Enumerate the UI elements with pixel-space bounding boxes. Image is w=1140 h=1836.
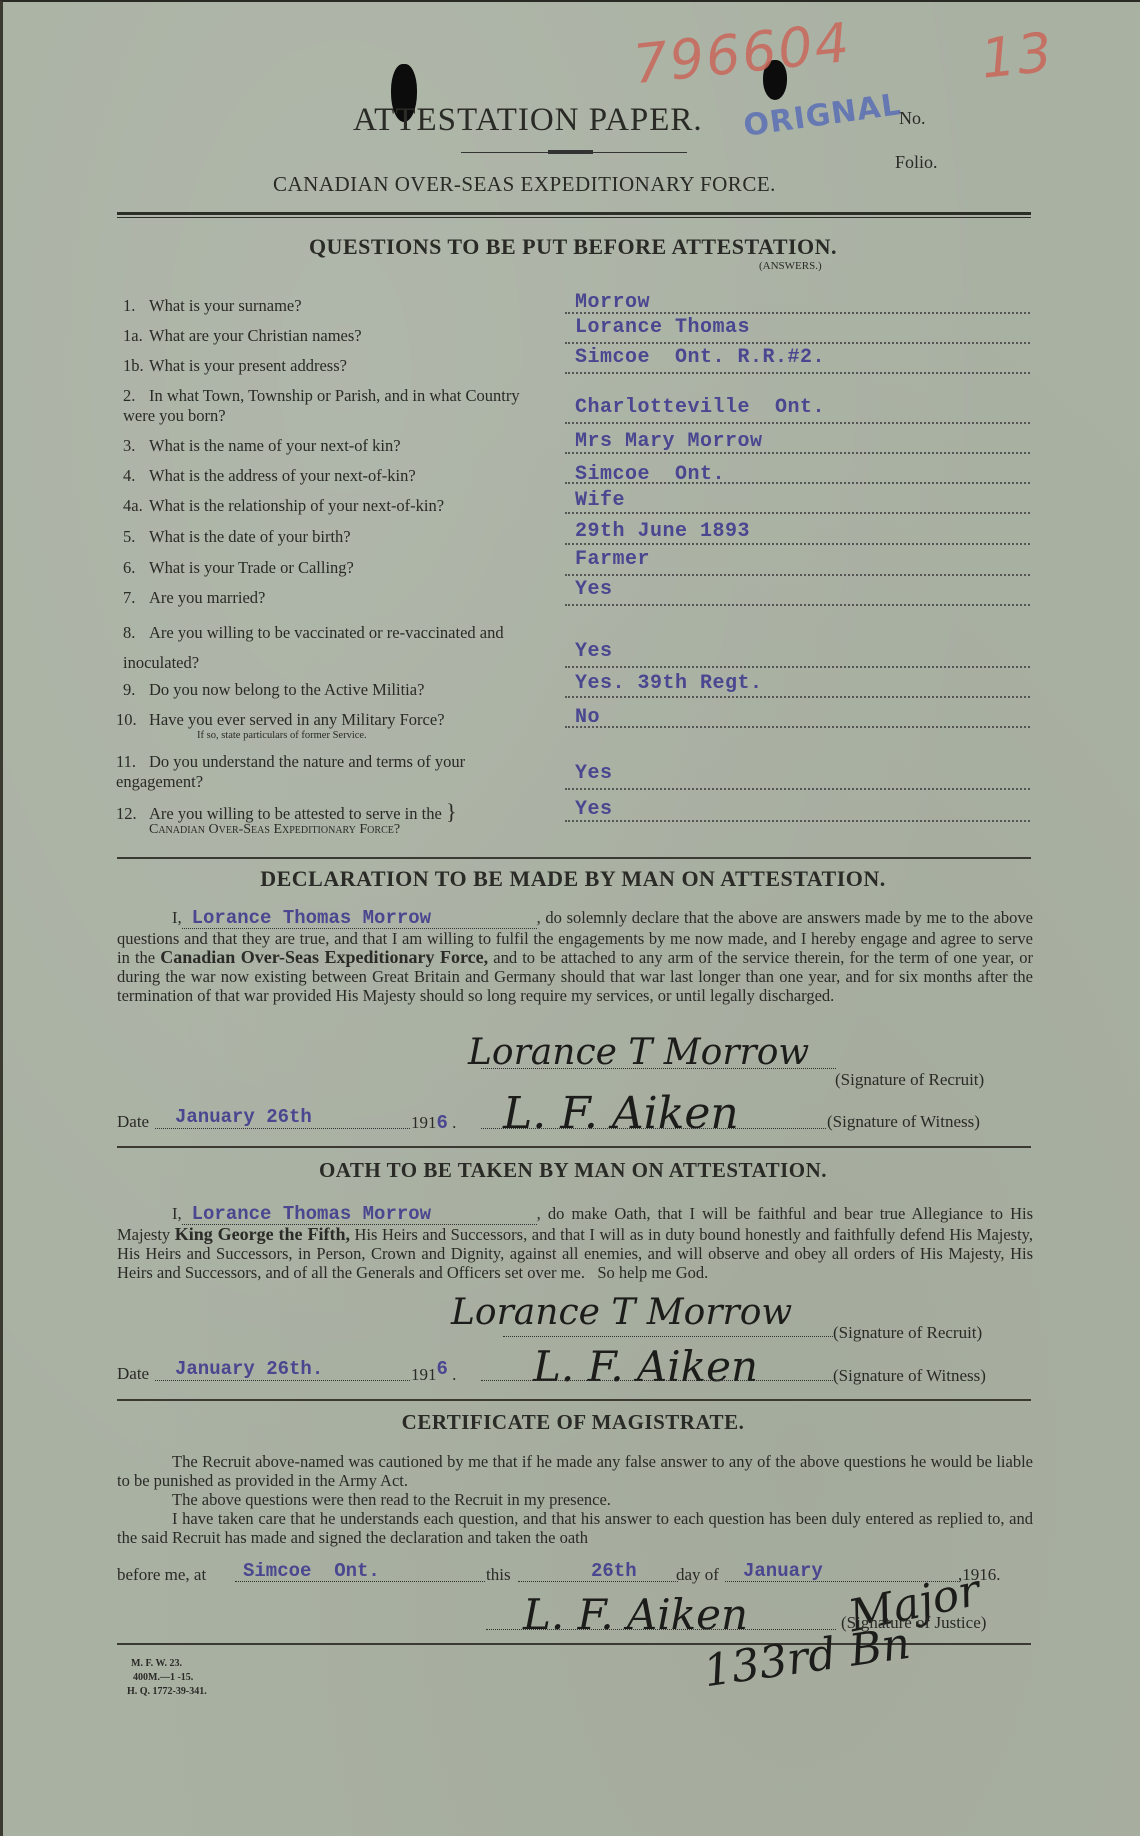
no-label: No. — [899, 108, 926, 129]
answer-vaccinated: Yes — [575, 640, 613, 663]
certificate-title: CERTIFICATE OF MAGISTRATE. — [3, 1410, 1140, 1435]
answer-militia: Yes. 39th Regt. — [575, 672, 763, 695]
document-title: ATTESTATION PAPER. — [353, 102, 703, 139]
answer-military-service: No — [575, 706, 600, 729]
answer-line-10 — [565, 726, 1030, 728]
question-5: 5.What is the date of your birth? — [123, 527, 548, 547]
answer-line-6 — [565, 574, 1030, 576]
oath-witness-sig-line — [481, 1380, 833, 1381]
answers-label: (ANSWERS.) — [759, 260, 822, 272]
oath-date-label: Date — [117, 1364, 149, 1384]
oath-name: Lorance Thomas Morrow — [192, 1203, 431, 1225]
declaration-recruit-sig-line — [481, 1068, 836, 1069]
answer-next-of-kin-address: Simcoe Ont. — [575, 463, 725, 486]
question-2: 2.In what Town, Township or Parish, and … — [123, 386, 548, 426]
answer-present-address: Simcoe Ont. R.R.#2. — [575, 346, 825, 369]
question-1a: 1a.What are your Christian names? — [123, 326, 548, 346]
original-stamp: ORIGNAL — [741, 87, 903, 144]
answer-line-4a — [565, 512, 1030, 514]
declaration-name: Lorance Thomas Morrow — [192, 907, 431, 929]
answer-line-5 — [565, 543, 1030, 545]
declaration-witness-signature: L. F. Aiken — [503, 1088, 739, 1139]
answer-line-12 — [565, 820, 1030, 822]
answer-trade: Farmer — [575, 548, 650, 571]
folio-label: Folio. — [895, 152, 938, 173]
certificate-place: Simcoe Ont. — [243, 1560, 380, 1582]
declaration-witness-sig-line — [481, 1128, 826, 1129]
question-12: 12.Are you willing to be attested to ser… — [116, 802, 541, 824]
question-9: 9.Do you now belong to the Active Militi… — [123, 680, 548, 700]
declaration-text: I,Lorance Thomas Morrow, do solemnly dec… — [117, 908, 1033, 1005]
certificate-day: 26th — [591, 1560, 637, 1582]
question-1: 1.What is your surname? — [123, 296, 548, 316]
answer-next-of-kin: Mrs Mary Morrow — [575, 430, 763, 453]
question-6: 6.What is your Trade or Calling? — [123, 558, 548, 578]
question-7: 7.Are you married? — [123, 588, 548, 608]
declaration-date: January 26th — [175, 1106, 312, 1128]
oath-recruit-sig-label: (Signature of Recruit) — [833, 1323, 982, 1343]
answer-line-7 — [565, 604, 1030, 606]
justice-sig-line — [486, 1629, 836, 1630]
answer-line-1a — [565, 342, 1030, 344]
answer-married: Yes — [575, 578, 613, 601]
header-double-rule — [117, 212, 1031, 218]
answer-understand-terms: Yes — [575, 762, 613, 785]
oath-recruit-sig-line — [503, 1336, 833, 1337]
answer-surname: Morrow — [575, 291, 650, 314]
declaration-bottom-rule — [117, 1146, 1031, 1148]
answer-birth-date: 29th June 1893 — [575, 520, 750, 543]
answer-line-2 — [565, 422, 1030, 424]
document-subtitle: CANADIAN OVER-SEAS EXPEDITIONARY FORCE. — [273, 172, 776, 197]
questions-bottom-rule — [117, 857, 1031, 859]
title-divider-ornament — [548, 150, 593, 154]
attestation-paper: 796604 13 ATTESTATION PAPER. ORIGNAL No.… — [0, 0, 1140, 1836]
regimental-number: 796604 — [630, 11, 854, 96]
question-4a: 4a.What is the relationship of your next… — [123, 496, 548, 516]
question-1b: 1b.What is your present address? — [123, 356, 548, 376]
questions-title: QUESTIONS TO BE PUT BEFORE ATTESTATION. — [3, 234, 1140, 260]
declaration-date-line — [155, 1128, 410, 1129]
declaration-year: 1916 . — [411, 1112, 456, 1134]
answer-line-1b — [565, 372, 1030, 374]
question-11: 11.Do you understand the nature and term… — [116, 752, 541, 792]
oath-witness-signature: L. F. Aiken — [533, 1342, 758, 1391]
answer-attested: Yes — [575, 798, 613, 821]
oath-recruit-signature: Lorance T Morrow — [451, 1292, 792, 1333]
certificate-month: January — [743, 1560, 823, 1582]
answer-relationship: Wife — [575, 489, 625, 512]
oath-text: I,Lorance Thomas Morrow, do make Oath, t… — [117, 1204, 1033, 1282]
question-12-line2: Canadian Over-Seas Expeditionary Force? — [149, 822, 400, 838]
declaration-title: DECLARATION TO BE MADE BY MAN ON ATTESTA… — [3, 866, 1140, 892]
page-number: 13 — [978, 20, 1057, 90]
oath-date-line — [155, 1380, 410, 1381]
oath-year: 1916 . — [411, 1364, 456, 1386]
oath-date: January 26th. — [175, 1358, 323, 1380]
question-10-note: If so, state particulars of former Servi… — [197, 730, 367, 741]
certificate-day-of-label: day of — [676, 1565, 719, 1585]
declaration-recruit-signature: Lorance T Morrow — [468, 1032, 809, 1073]
declaration-recruit-sig-label: (Signature of Recruit) — [835, 1070, 984, 1090]
oath-bottom-rule — [117, 1399, 1031, 1401]
oath-title: OATH TO BE TAKEN BY MAN ON ATTESTATION. — [3, 1158, 1140, 1183]
answer-line-8 — [565, 666, 1030, 668]
certificate-before-label: before me, at — [117, 1565, 206, 1585]
certificate-this-label: this — [486, 1565, 511, 1585]
answer-birthplace: Charlotteville Ont. — [575, 396, 825, 419]
question-4: 4.What is the address of your next-of-ki… — [123, 466, 548, 486]
oath-witness-sig-label: (Signature of Witness) — [833, 1366, 986, 1386]
answer-line-11 — [565, 788, 1030, 790]
answer-line-9 — [565, 696, 1030, 698]
question-8: 8.Are you willing to be vaccinated or re… — [123, 618, 548, 678]
declaration-witness-sig-label: (Signature of Witness) — [827, 1112, 980, 1132]
declaration-date-label: Date — [117, 1112, 149, 1132]
answer-christian-names: Lorance Thomas — [575, 316, 750, 339]
question-3: 3.What is the name of your next-of kin? — [123, 436, 548, 456]
justice-signature: L. F. Aiken — [523, 1590, 748, 1639]
certificate-para-1: The Recruit above-named was cautioned by… — [117, 1452, 1033, 1490]
question-10: 10.Have you ever served in any Military … — [116, 710, 541, 730]
certificate-para-2: The above questions were then read to th… — [117, 1490, 1033, 1509]
form-code: M. F. W. 23. 400M.—1 -15. H. Q. 1772-39-… — [127, 1657, 207, 1699]
certificate-para-3: I have taken care that he understands ea… — [117, 1509, 1033, 1547]
